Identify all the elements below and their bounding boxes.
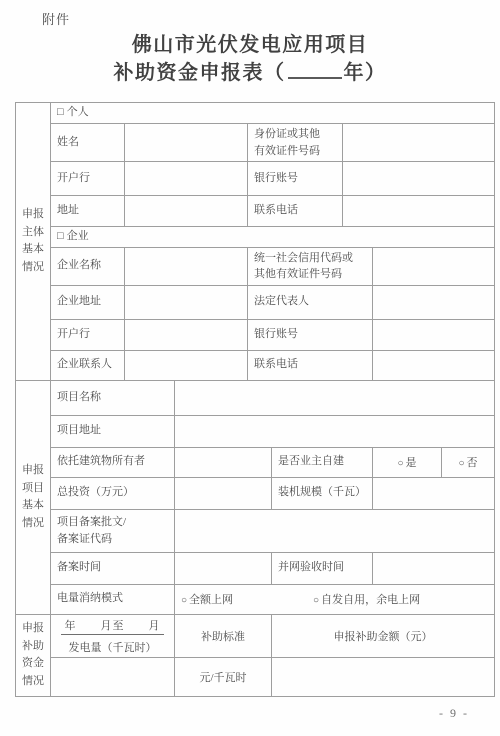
capacity-input-cell[interactable] [373,477,495,509]
enterprise-name-input-cell[interactable] [125,247,248,285]
row-individual-address: 地址 联系电话 [16,196,495,227]
checkbox-icon[interactable]: □ [57,106,64,118]
radio-icon[interactable]: ○ [458,458,464,469]
row-enterprise-header: □企业 [16,227,495,248]
row-enterprise-name: 企业名称 统一社会信用代码或其他有效证件号码 [16,247,495,285]
enterprise-contact-label: 企业联系人 [51,350,125,380]
name-label: 姓名 [51,124,125,162]
row-subsidy-values: 元/千瓦时 [16,657,495,696]
generation-label: 发电量（千瓦时） [69,642,157,654]
row-consumption-mode: 电量消纳模式 ○全额上网○自发自用，余电上网 [16,584,495,614]
row-enterprise-address: 企业地址 法定代表人 [16,285,495,319]
enterprise-contact-input-cell[interactable] [125,350,248,380]
form-table: 申报主体基本情况 □个人 姓名 身份证或其他有效证件号码 开户行 银行账号 地址… [15,102,495,697]
id-number-input-cell[interactable] [343,124,495,162]
row-filing-time: 备案时间 并网验收时间 [16,552,495,584]
consumption-options-cell: ○全额上网○自发自用，余电上网 [175,584,495,614]
row-project-address: 项目地址 [16,415,495,447]
enterprise-phone-input-cell[interactable] [373,350,495,380]
row-filing-code: 项目备案批文/备案证代码 [16,509,495,552]
full-grid-option[interactable]: ○全额上网 [181,594,233,606]
attachment-label: 附件 [0,0,500,28]
title-line2: 补助资金申报表（年） [0,59,500,87]
grid-acceptance-time-input-cell[interactable] [373,552,495,584]
individual-type-label: 个人 [67,106,89,118]
row-enterprise-bank: 开户行 银行账号 [16,319,495,350]
enterprise-bank-account-input-cell[interactable] [373,319,495,350]
name-input-cell[interactable] [125,124,248,162]
row-individual-name: 姓名 身份证或其他有效证件号码 [16,124,495,162]
row-enterprise-contact: 企业联系人 联系电话 [16,350,495,380]
project-name-label: 项目名称 [51,380,175,415]
row-subsidy-header: 申报补助资金情况 年 月至 月发电量（千瓦时） 补助标准 申报补助金额（元） [16,614,495,657]
self-built-yes-option[interactable]: ○是 [373,447,442,477]
filing-code-label: 项目备案批文/备案证代码 [51,509,175,552]
bank-branch-input-cell[interactable] [125,162,248,196]
credit-code-label: 统一社会信用代码或其他有效证件号码 [248,247,373,285]
address-label: 地址 [51,196,125,227]
enterprise-bank-branch-input-cell[interactable] [125,319,248,350]
bank-account-input-cell[interactable] [343,162,495,196]
self-built-no-option[interactable]: ○否 [442,447,495,477]
title-line2-prefix: 补助资金申报表（ [114,62,286,84]
filing-time-label: 备案时间 [51,552,175,584]
self-built-label: 是否业主自建 [272,447,373,477]
phone-label: 联系电话 [248,196,343,227]
legal-rep-input-cell[interactable] [373,285,495,319]
building-owner-label: 依托建筑物所有者 [51,447,175,477]
full-grid-label: 全额上网 [189,594,233,606]
radio-icon[interactable]: ○ [397,458,403,469]
section-label-subject: 申报主体基本情况 [16,103,51,381]
row-investment: 总投资（万元） 装机规模（千瓦） [16,477,495,509]
enterprise-bank-branch-label: 开户行 [51,319,125,350]
phone-input-cell[interactable] [343,196,495,227]
self-use-option[interactable]: ○自发自用，余电上网 [313,594,420,606]
investment-label: 总投资（万元） [51,477,175,509]
period-blank-line[interactable]: 年 月至 月 [61,617,164,635]
enterprise-type-cell: □企业 [51,227,495,248]
checkbox-icon[interactable]: □ [57,230,64,242]
enterprise-phone-label: 联系电话 [248,350,373,380]
enterprise-bank-account-label: 银行账号 [248,319,373,350]
grid-acceptance-time-label: 并网验收时间 [272,552,373,584]
generation-input-cell[interactable] [51,657,175,696]
title-line2-suffix: 年） [344,62,387,84]
row-individual-header: 申报主体基本情况 □个人 [16,103,495,124]
document-title: 佛山市光伏发电应用项目 补助资金申报表（年） [0,31,500,87]
investment-input-cell[interactable] [175,477,272,509]
subsidy-unit-cell: 元/千瓦时 [175,657,272,696]
row-individual-bank: 开户行 银行账号 [16,162,495,196]
document-page: 附件 佛山市光伏发电应用项目 补助资金申报表（年） 申报主体基本情况 □个人 姓… [0,0,500,736]
subsidy-amount-label: 申报补助金额（元） [272,614,495,657]
self-built-no-label: 否 [467,457,478,469]
filing-time-input-cell[interactable] [175,552,272,584]
bank-branch-label: 开户行 [51,162,125,196]
filing-code-input-cell[interactable] [175,509,495,552]
address-input-cell[interactable] [125,196,248,227]
row-building-owner: 依托建筑物所有者 是否业主自建 ○是 ○否 [16,447,495,477]
enterprise-name-label: 企业名称 [51,247,125,285]
year-blank-line[interactable] [288,75,342,79]
radio-icon[interactable]: ○ [181,595,187,606]
bank-account-label: 银行账号 [248,162,343,196]
title-line1: 佛山市光伏发电应用项目 [0,31,500,59]
enterprise-address-label: 企业地址 [51,285,125,319]
subsidy-amount-input-cell[interactable] [272,657,495,696]
building-owner-input-cell[interactable] [175,447,272,477]
subsidy-standard-label: 补助标准 [175,614,272,657]
page-number: - 9 - [0,706,500,721]
section-label-project: 申报项目基本情况 [16,380,51,614]
generation-period-cell: 年 月至 月发电量（千瓦时） [51,614,175,657]
project-name-input-cell[interactable] [175,380,495,415]
id-number-label: 身份证或其他有效证件号码 [248,124,343,162]
capacity-label: 装机规模（千瓦） [272,477,373,509]
self-built-yes-label: 是 [406,457,417,469]
project-address-label: 项目地址 [51,415,175,447]
consumption-mode-label: 电量消纳模式 [51,584,175,614]
enterprise-type-label: 企业 [67,230,89,242]
radio-icon[interactable]: ○ [313,595,319,606]
legal-rep-label: 法定代表人 [248,285,373,319]
enterprise-address-input-cell[interactable] [125,285,248,319]
self-use-label: 自发自用，余电上网 [321,594,420,606]
individual-type-cell: □个人 [51,103,495,124]
section-label-subsidy: 申报补助资金情况 [16,614,51,696]
credit-code-input-cell[interactable] [373,247,495,285]
row-project-name: 申报项目基本情况 项目名称 [16,380,495,415]
project-address-input-cell[interactable] [175,415,495,447]
